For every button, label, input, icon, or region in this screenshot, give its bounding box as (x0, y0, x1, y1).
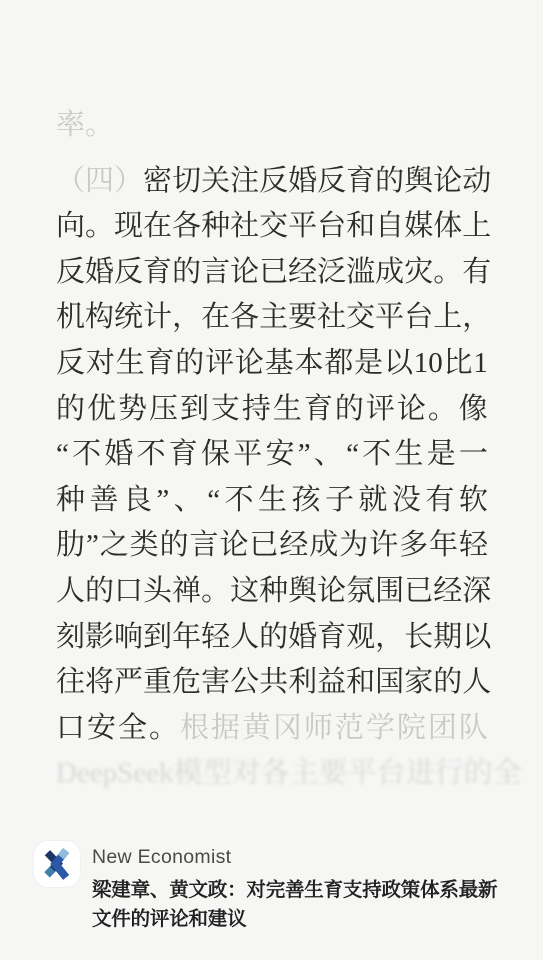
text-run: 主 (290, 751, 319, 797)
text-run: 观 (346, 615, 375, 661)
text-run: 计 (143, 295, 172, 341)
text-run: 平 (348, 751, 377, 797)
text-run: 成 (309, 523, 338, 569)
text-run: 氛 (346, 569, 375, 615)
text-run: 安 (266, 432, 295, 478)
text-run: 善 (89, 478, 118, 524)
text-run: 评 (366, 387, 395, 433)
text-run: 论 (235, 341, 264, 387)
text-run: 有 (462, 250, 491, 296)
text-run: 论 (397, 387, 426, 433)
text-run: 的 (433, 660, 462, 706)
text-run: 的 (85, 569, 114, 615)
source-meta: New Economist 梁建章、黄文政：对完善生育支持政策体系最新 文件的评… (92, 845, 522, 934)
text-run: 的 (175, 341, 204, 387)
text-run: 、 (314, 432, 343, 478)
text-run: 势 (118, 387, 147, 433)
text-run: 对 (86, 341, 115, 387)
text-run: 以 (384, 341, 413, 387)
text-run: 机 (56, 295, 85, 341)
text-run: 台 (317, 204, 346, 250)
text-run: 安 (87, 706, 116, 752)
text-run: 统 (114, 295, 143, 341)
text-run: 基 (265, 341, 294, 387)
text-run: 肋 (56, 523, 85, 569)
text-run: 像 (459, 387, 488, 433)
text-run: 。 (85, 103, 114, 149)
text-run: 四 (85, 159, 114, 205)
text-run: 种 (56, 478, 85, 524)
text-run: 婚 (288, 159, 317, 205)
text-run: 不 (362, 432, 391, 478)
text-line: 的优势压到支持生育的评论。像 (56, 387, 488, 433)
text-run: 反 (317, 159, 346, 205)
article-body: 率。（四）密切关注反婚反育的舆论动向。现在各种社交平台和自媒体上反婚反育的言论已… (56, 103, 488, 797)
text-run: 注 (230, 159, 259, 205)
article-lines: 率。（四）密切关注反婚反育的舆论动向。现在各种社交平台和自媒体上反婚反育的言论已… (56, 103, 488, 797)
text-run: 生 (394, 432, 423, 478)
text-run: 种 (259, 569, 288, 615)
text-run: 。 (201, 569, 230, 615)
text-run: 利 (288, 660, 317, 706)
text-run: 舆 (288, 569, 317, 615)
text-run: “ (56, 432, 69, 478)
text-run: 轻 (201, 615, 230, 661)
text-run: 支 (211, 387, 240, 433)
text-run: 体 (433, 204, 462, 250)
text-run: 论 (317, 569, 346, 615)
article-title-line2: 文件的评论和建议 (92, 905, 522, 934)
text-run: 经 (433, 569, 462, 615)
text-run: 密 (143, 159, 172, 205)
text-run: 影 (85, 615, 114, 661)
text-run: 全 (493, 751, 522, 797)
text-run: 育 (317, 615, 346, 661)
text-run: 育 (346, 159, 375, 205)
text-run: 要 (288, 295, 317, 341)
text-run: 长 (404, 615, 433, 661)
text-line: 刻影响到年轻人的婚育观，长期以 (56, 615, 488, 661)
text-line: 人的口头禅。这种舆论氛围已经深 (56, 569, 488, 615)
text-run: 的 (335, 387, 364, 433)
text-run: 已 (404, 569, 433, 615)
text-run: 公 (230, 660, 259, 706)
text-run: 许 (369, 523, 398, 569)
text-run: ， (172, 295, 201, 341)
publisher-name: New Economist (92, 845, 522, 869)
text-run: “ (346, 432, 359, 478)
new-economist-logo-icon (37, 843, 77, 885)
text-run: 反 (259, 159, 288, 205)
text-run: 期 (433, 615, 462, 661)
text-line: （四）密切关注反婚反育的舆论动 (56, 159, 488, 205)
text-run: 和 (346, 660, 375, 706)
text-run: （ (56, 159, 85, 205)
text-run: 各 (261, 751, 290, 797)
text-run: 的 (259, 615, 288, 661)
text-run: 动 (462, 159, 491, 205)
text-run: 家 (404, 660, 433, 706)
text-line: “不婚不育保平安”、“不生是一 (56, 432, 488, 478)
text-run: ， (462, 295, 491, 341)
text-run: 深 (462, 569, 491, 615)
text-run: 孩 (291, 478, 320, 524)
text-run: 的 (160, 523, 189, 569)
text-run: 的 (464, 751, 493, 797)
text-run: 台 (404, 295, 433, 341)
text-run: 的 (56, 387, 85, 433)
text-run: 。 (428, 387, 457, 433)
text-run: 反 (114, 250, 143, 296)
text-run: 各 (230, 295, 259, 341)
text-run: 本 (295, 341, 324, 387)
text-run: 黄 (242, 706, 271, 752)
text-run: 向 (56, 204, 85, 250)
text-line: 肋”之类的言论已经成为许多年轻 (56, 523, 488, 569)
text-run: 以 (462, 615, 491, 661)
text-run: 主 (259, 295, 288, 341)
text-run: 是 (427, 432, 456, 478)
text-run: 人 (462, 660, 491, 706)
text-run: 论 (230, 250, 259, 296)
text-run: 为 (339, 523, 368, 569)
text-run: 言 (201, 250, 230, 296)
text-run: ） (114, 159, 143, 205)
text-run: 是 (354, 341, 383, 387)
text-run: 保 (201, 432, 230, 478)
text-run: ” (86, 523, 99, 569)
text-run: 生 (273, 387, 302, 433)
text-run: 头 (143, 569, 172, 615)
article-title-line1: 梁建章、黄文政：对完善生育支持政策体系最新 (92, 876, 522, 905)
text-run: 就 (358, 478, 387, 524)
text-run: 响 (114, 615, 143, 661)
text-run: 害 (201, 660, 230, 706)
text-run: 1 (473, 341, 488, 387)
text-run: 严 (114, 660, 143, 706)
text-run: 已 (249, 523, 278, 569)
text-run: 10 (414, 341, 443, 387)
text-run: 人 (56, 569, 85, 615)
text-run: 自 (375, 204, 404, 250)
text-run: 泛 (317, 250, 346, 296)
text-run: 成 (375, 250, 404, 296)
text-line: 向。现在各种社交平台和自媒体上 (56, 204, 488, 250)
text-run: 人 (230, 615, 259, 661)
text-run: 学 (366, 706, 395, 752)
text-run: 有 (425, 478, 454, 524)
text-run: 言 (190, 523, 219, 569)
text-run: 据 (211, 706, 240, 752)
text-run: 关 (201, 159, 230, 205)
text-line: 种善良”、“不生孩子就没有软 (56, 478, 488, 524)
text-run: 到 (143, 615, 172, 661)
text-run: 进 (406, 751, 435, 797)
text-run: 优 (87, 387, 116, 433)
text-run: 类 (130, 523, 159, 569)
text-run: 种 (201, 204, 230, 250)
text-run: 型 (203, 751, 232, 797)
text-line: 率。 (56, 103, 488, 149)
text-run: 共 (259, 660, 288, 706)
text-run: 经 (279, 523, 308, 569)
text-line: DeepSeek模型对各主要平台进行的全 (56, 751, 488, 797)
text-run: 育 (304, 387, 333, 433)
text-run: 。 (85, 204, 114, 250)
text-run: 育 (143, 250, 172, 296)
text-run: 良 (123, 478, 152, 524)
text-run: 不 (225, 478, 254, 524)
text-run: 益 (317, 660, 346, 706)
text-run: 婚 (104, 432, 133, 478)
text-run: 对 (232, 751, 261, 797)
text-run: 在 (143, 204, 172, 250)
text-run: 切 (172, 159, 201, 205)
text-run: 院 (397, 706, 426, 752)
text-run: 育 (145, 341, 174, 387)
text-line: 反婚反育的言论已经泛滥成灾。有 (56, 250, 488, 296)
text-run: ， (375, 615, 404, 661)
text-run: ” (156, 478, 169, 524)
text-run: 论 (219, 523, 248, 569)
text-run: 队 (459, 706, 488, 752)
text-run: ” (298, 432, 311, 478)
text-run: 率 (56, 103, 85, 149)
text-line: 口安全。根据黄冈师范学院团队 (56, 706, 488, 752)
text-run: 。 (433, 250, 462, 296)
text-run: 要 (319, 751, 348, 797)
text-run: 在 (201, 295, 230, 341)
text-run: 到 (180, 387, 209, 433)
text-run: 滥 (346, 250, 375, 296)
text-run: 没 (392, 478, 421, 524)
text-run: 全 (118, 706, 147, 752)
text-run: “ (207, 478, 220, 524)
text-run: 构 (85, 295, 114, 341)
text-run: 子 (325, 478, 354, 524)
text-run: 社 (230, 204, 259, 250)
text-run: 根 (180, 706, 209, 752)
text-run: 刻 (56, 615, 85, 661)
text-run: 舆 (404, 159, 433, 205)
text-run: 和 (346, 204, 375, 250)
text-run: 不 (72, 432, 101, 478)
text-run: 口 (56, 706, 85, 752)
text-run: 各 (172, 204, 201, 250)
text-run: 都 (324, 341, 353, 387)
article-title[interactable]: 梁建章、黄文政：对完善生育支持政策体系最新 文件的评论和建议 (92, 876, 522, 934)
text-run: 范 (335, 706, 364, 752)
text-run: 国 (375, 660, 404, 706)
text-run: 。 (149, 706, 178, 752)
text-run: 交 (346, 295, 375, 341)
text-run: 轻 (459, 523, 488, 569)
text-run: 平 (288, 204, 317, 250)
text-run: 、 (174, 478, 203, 524)
text-line: 反对生育的评论基本都是以10比1 (56, 341, 488, 387)
text-run: 危 (172, 660, 201, 706)
text-run: 媒 (404, 204, 433, 250)
text-run: 重 (143, 660, 172, 706)
text-run: 往 (56, 660, 85, 706)
text-run: 婚 (85, 250, 114, 296)
text-run: 围 (375, 569, 404, 615)
text-run: 灾 (404, 250, 433, 296)
text-run: 生 (258, 478, 287, 524)
text-run: 持 (242, 387, 271, 433)
text-run: 年 (429, 523, 458, 569)
publisher-logo (34, 841, 80, 887)
text-run: 经 (288, 250, 317, 296)
text-run: 一 (459, 432, 488, 478)
text-run: 论 (433, 159, 462, 205)
text-run: 比 (444, 341, 473, 387)
text-run: 冈 (273, 706, 302, 752)
text-run: 平 (233, 432, 262, 478)
text-run: 的 (375, 159, 404, 205)
text-run: 这 (230, 569, 259, 615)
text-run: 的 (172, 250, 201, 296)
text-run: 已 (259, 250, 288, 296)
text-run: 模 (174, 751, 203, 797)
text-run: 反 (56, 341, 85, 387)
text-run: 软 (459, 478, 488, 524)
text-run: 生 (116, 341, 145, 387)
text-run: 多 (399, 523, 428, 569)
text-run: 评 (205, 341, 234, 387)
text-run: 反 (56, 250, 85, 296)
text-run: 口 (114, 569, 143, 615)
text-run: 不 (137, 432, 166, 478)
text-run: DeepSeek (56, 751, 174, 797)
text-run: 上 (462, 204, 491, 250)
text-run: 社 (317, 295, 346, 341)
text-run: 台 (377, 751, 406, 797)
text-run: 将 (85, 660, 114, 706)
text-run: 年 (172, 615, 201, 661)
text-run: 交 (259, 204, 288, 250)
text-run: 团 (428, 706, 457, 752)
text-run: 压 (149, 387, 178, 433)
text-run: 之 (100, 523, 129, 569)
text-run: 现 (114, 204, 143, 250)
text-run: 禅 (172, 569, 201, 615)
text-run: 上 (433, 295, 462, 341)
text-run: 行 (435, 751, 464, 797)
text-run: 婚 (288, 615, 317, 661)
text-run: 师 (304, 706, 333, 752)
text-line: 往将严重危害公共利益和国家的人 (56, 660, 488, 706)
text-run: 平 (375, 295, 404, 341)
text-line: 机构统计，在各主要社交平台上， (56, 295, 488, 341)
text-run: 育 (169, 432, 198, 478)
